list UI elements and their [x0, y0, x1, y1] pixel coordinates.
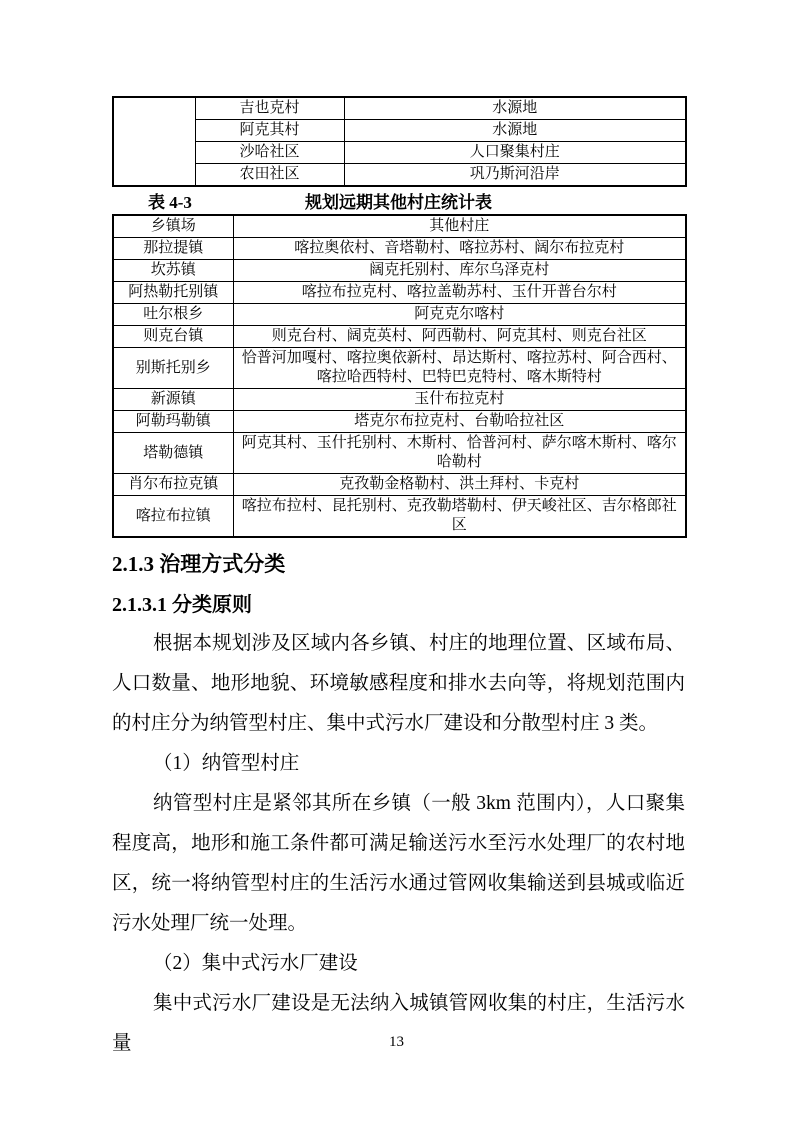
town-cell: 那拉提镇 — [113, 238, 233, 260]
town-cell: 喀拉布拉镇 — [113, 496, 233, 538]
category-cell: 巩乃斯河沿岸 — [344, 164, 686, 187]
empty-merged-cell — [113, 97, 195, 186]
table-header-row: 乡镇场 其他村庄 — [113, 215, 686, 238]
table-row: 那拉提镇 喀拉奥依村、音塔勒村、喀拉苏村、阔尔布拉克村 — [113, 238, 686, 260]
villages-cell: 阿克克尔喀村 — [233, 304, 686, 326]
town-cell: 吐尔根乡 — [113, 304, 233, 326]
town-cell: 塔勒德镇 — [113, 433, 233, 474]
category-cell: 水源地 — [344, 120, 686, 142]
town-cell: 则克台镇 — [113, 326, 233, 348]
table-row: 别斯托别乡 恰普河加嘎村、喀拉奥依新村、昂达斯村、喀拉苏村、阿合西村、喀拉哈西特… — [113, 348, 686, 389]
town-cell: 别斯托别乡 — [113, 348, 233, 389]
town-cell: 坎苏镇 — [113, 260, 233, 282]
table-row: 新源镇 玉什布拉克村 — [113, 389, 686, 411]
table-row: 喀拉布拉镇 喀拉布拉村、昆托别村、克孜勒塔勒村、伊天峻社区、吉尔格郎社区 — [113, 496, 686, 538]
town-cell: 阿热勒托别镇 — [113, 282, 233, 304]
villages-cell: 玉什布拉克村 — [233, 389, 686, 411]
table-caption: 表 4-3 规划远期其他村庄统计表 — [112, 192, 685, 214]
item-heading-centralized-plant: （2）集中式污水厂建设 — [112, 944, 685, 984]
table-row: 沙哈社区 人口聚集村庄 — [113, 142, 686, 164]
subsection-heading: 2.1.3.1 分类原则 — [112, 592, 685, 618]
table-row: 吐尔根乡 阿克克尔喀村 — [113, 304, 686, 326]
category-cell: 人口聚集村庄 — [344, 142, 686, 164]
page-number: 13 — [0, 1034, 793, 1051]
paragraph-pipe-connected-desc: 纳管型村庄是紧邻其所在乡镇（一般 3km 范围内），人口聚集程度高，地形和施工条… — [112, 784, 685, 944]
table-row: 阿克其村 水源地 — [113, 120, 686, 142]
villages-cell: 则克台村、阔克英村、阿西勒村、阿克其村、则克台社区 — [233, 326, 686, 348]
header-town-cell: 乡镇场 — [113, 215, 233, 238]
paragraph-centralized-plant-desc: 集中式污水厂建设是无法纳入城镇管网收集的村庄，生活污水量 — [112, 984, 685, 1064]
villages-cell: 喀拉奥依村、音塔勒村、喀拉苏村、阔尔布拉克村 — [233, 238, 686, 260]
table-row: 吉也克村 水源地 — [113, 97, 686, 120]
table-row: 肖尔布拉克镇 克孜勒金格勒村、洪土拜村、卡克村 — [113, 474, 686, 496]
villages-cell: 克孜勒金格勒村、洪土拜村、卡克村 — [233, 474, 686, 496]
table-row: 塔勒德镇 阿克其村、玉什托别村、木斯村、恰普河村、萨尔喀木斯村、喀尔哈勒村 — [113, 433, 686, 474]
town-cell: 新源镇 — [113, 389, 233, 411]
town-cell: 阿勒玛勒镇 — [113, 411, 233, 433]
villages-cell: 阔克托别村、库尔乌泽克村 — [233, 260, 686, 282]
village-cell: 阿克其村 — [195, 120, 344, 142]
section-heading: 2.1.3 治理方式分类 — [112, 551, 685, 578]
table-row: 阿勒玛勒镇 塔克尔布拉克村、台勒哈拉社区 — [113, 411, 686, 433]
table-row: 农田社区 巩乃斯河沿岸 — [113, 164, 686, 187]
villages-cell: 喀拉布拉克村、喀拉盖勒苏村、玉什开普台尔村 — [233, 282, 686, 304]
body-text: 根据本规划涉及区域内各乡镇、村庄的地理位置、区域布局、人口数量、地形地貌、环境敏… — [112, 624, 685, 1064]
paragraph-classification-basis: 根据本规划涉及区域内各乡镇、村庄的地理位置、区域布局、人口数量、地形地貌、环境敏… — [112, 624, 685, 744]
page-content: 吉也克村 水源地 阿克其村 水源地 沙哈社区 人口聚集村庄 农田社区 巩乃斯河沿… — [112, 96, 685, 1064]
village-cell: 吉也克村 — [195, 97, 344, 120]
document-page: 吉也克村 水源地 阿克其村 水源地 沙哈社区 人口聚集村庄 农田社区 巩乃斯河沿… — [0, 0, 793, 1122]
other-villages-table: 乡镇场 其他村庄 那拉提镇 喀拉奥依村、音塔勒村、喀拉苏村、阔尔布拉克村 坎苏镇… — [112, 214, 687, 538]
item-heading-pipe-connected: （1）纳管型村庄 — [112, 744, 685, 784]
villages-cell: 塔克尔布拉克村、台勒哈拉社区 — [233, 411, 686, 433]
table-row: 坎苏镇 阔克托别村、库尔乌泽克村 — [113, 260, 686, 282]
village-cell: 沙哈社区 — [195, 142, 344, 164]
villages-cell: 恰普河加嘎村、喀拉奥依新村、昂达斯村、喀拉苏村、阿合西村、喀拉哈西特村、巴特巴克… — [233, 348, 686, 389]
category-cell: 水源地 — [344, 97, 686, 120]
village-cell: 农田社区 — [195, 164, 344, 187]
town-cell: 肖尔布拉克镇 — [113, 474, 233, 496]
table-row: 则克台镇 则克台村、阔克英村、阿西勒村、阿克其村、则克台社区 — [113, 326, 686, 348]
villages-cell: 阿克其村、玉什托别村、木斯村、恰普河村、萨尔喀木斯村、喀尔哈勒村 — [233, 433, 686, 474]
villages-cell: 喀拉布拉村、昆托别村、克孜勒塔勒村、伊天峻社区、吉尔格郎社区 — [233, 496, 686, 538]
previous-table-continuation: 吉也克村 水源地 阿克其村 水源地 沙哈社区 人口聚集村庄 农田社区 巩乃斯河沿… — [112, 96, 687, 187]
table-caption-title: 规划远期其他村庄统计表 — [112, 192, 685, 214]
table-row: 阿热勒托别镇 喀拉布拉克村、喀拉盖勒苏村、玉什开普台尔村 — [113, 282, 686, 304]
header-villages-cell: 其他村庄 — [233, 215, 686, 238]
